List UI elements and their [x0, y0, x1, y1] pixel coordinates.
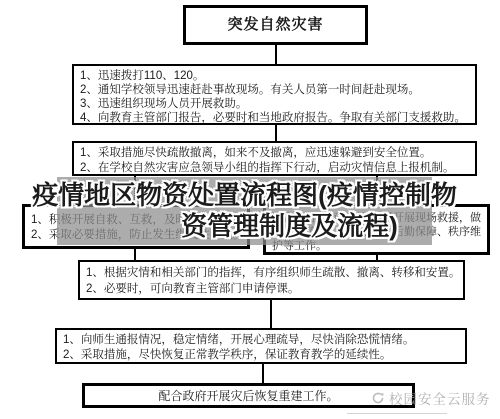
- evacuation-measures-box: 1、采取措施尽快疏散撤离，如来不及撤离，应迅速躲避到安全位置。 2、在学校自然灾…: [72, 141, 477, 176]
- immediate-response-line-3: 3、迅速组织现场人员开展救助。: [80, 97, 469, 111]
- reconstruction-box: 配合政府开展灾后恢复重建工作。: [82, 383, 415, 408]
- evacuation-line-2: 2、在学校自然灾害应急领导小组的指挥下行动，启动灾情信息上报机制。: [80, 161, 469, 176]
- watermark-text: 校园安全云服务: [389, 388, 491, 408]
- connector-c-to-e: [134, 248, 136, 260]
- reconstruction-text: 配合政府开展灾后恢复重建工作。: [158, 389, 338, 403]
- start-node-disaster: 突发自然灾害: [183, 5, 368, 45]
- immediate-response-line-2: 2、通知学校领导迅速赶赴事故现场。有关人员第一时间赶赴现场。: [80, 83, 469, 97]
- overlay-title-band: 疫情地区物资处置流程图(疫情控制物 资管理制度及流程): [57, 177, 432, 245]
- evacuation-line-1: 1、采取措施尽快疏散撤离，如来不及撤离，应迅速躲避到安全位置。: [80, 146, 469, 161]
- start-node-label: 突发自然灾害: [227, 18, 323, 32]
- watermark: 校园安全云服务: [370, 388, 491, 408]
- overlay-title-line-2: 资管理制度及流程): [181, 211, 398, 242]
- connector-a-to-b: [275, 125, 277, 141]
- organized-evacuation-box: 1、根据灾情和相关部门的指挥，有序组织师生疏散、撤离、转移和安置。 2、必要时，…: [78, 260, 465, 300]
- counseling-box: 1、向师生通报情况，稳定情绪，开展心理疏导，尽快消除恐慌情绪。 2、采取措施，尽…: [55, 328, 467, 364]
- connector-start-to-a: [275, 45, 277, 64]
- watermark-underline: [347, 413, 447, 414]
- immediate-response-line-1: 1、迅速拨打110、120。: [80, 69, 469, 83]
- organized-evacuation-line-1: 1、根据灾情和相关部门的指挥，有序组织师生疏散、撤离、转移和安置。: [86, 265, 457, 281]
- counseling-line-1: 1、向师生通报情况，稳定情绪，开展心理疏导，尽快消除恐慌情绪。: [63, 333, 459, 348]
- immediate-response-line-4: 4、向教育主管部门报告，必要时和当地政府报告。争取有关部门支援救助。: [80, 111, 469, 125]
- counseling-line-2: 2、采取措施，尽快恢复正常教学秩序，保证教育教学的延续性。: [63, 348, 459, 363]
- connector-e-to-f: [270, 300, 272, 328]
- cloud-swirl-logo-icon: [370, 390, 386, 406]
- connector-f-to-g: [262, 364, 264, 383]
- organized-evacuation-line-2: 2、必要时，可向教育主管部门申请停课。: [86, 281, 457, 297]
- flowchart-canvas: 突发自然灾害 1、迅速拨打110、120。 2、通知学校领导迅速赶赴事故现场。有…: [0, 0, 500, 419]
- immediate-response-box: 1、迅速拨打110、120。 2、通知学校领导迅速赶赴事故现场。有关人员第一时间…: [72, 64, 477, 125]
- overlay-title-line-1: 疫情地区物资处置流程图(疫情控制物: [32, 180, 457, 211]
